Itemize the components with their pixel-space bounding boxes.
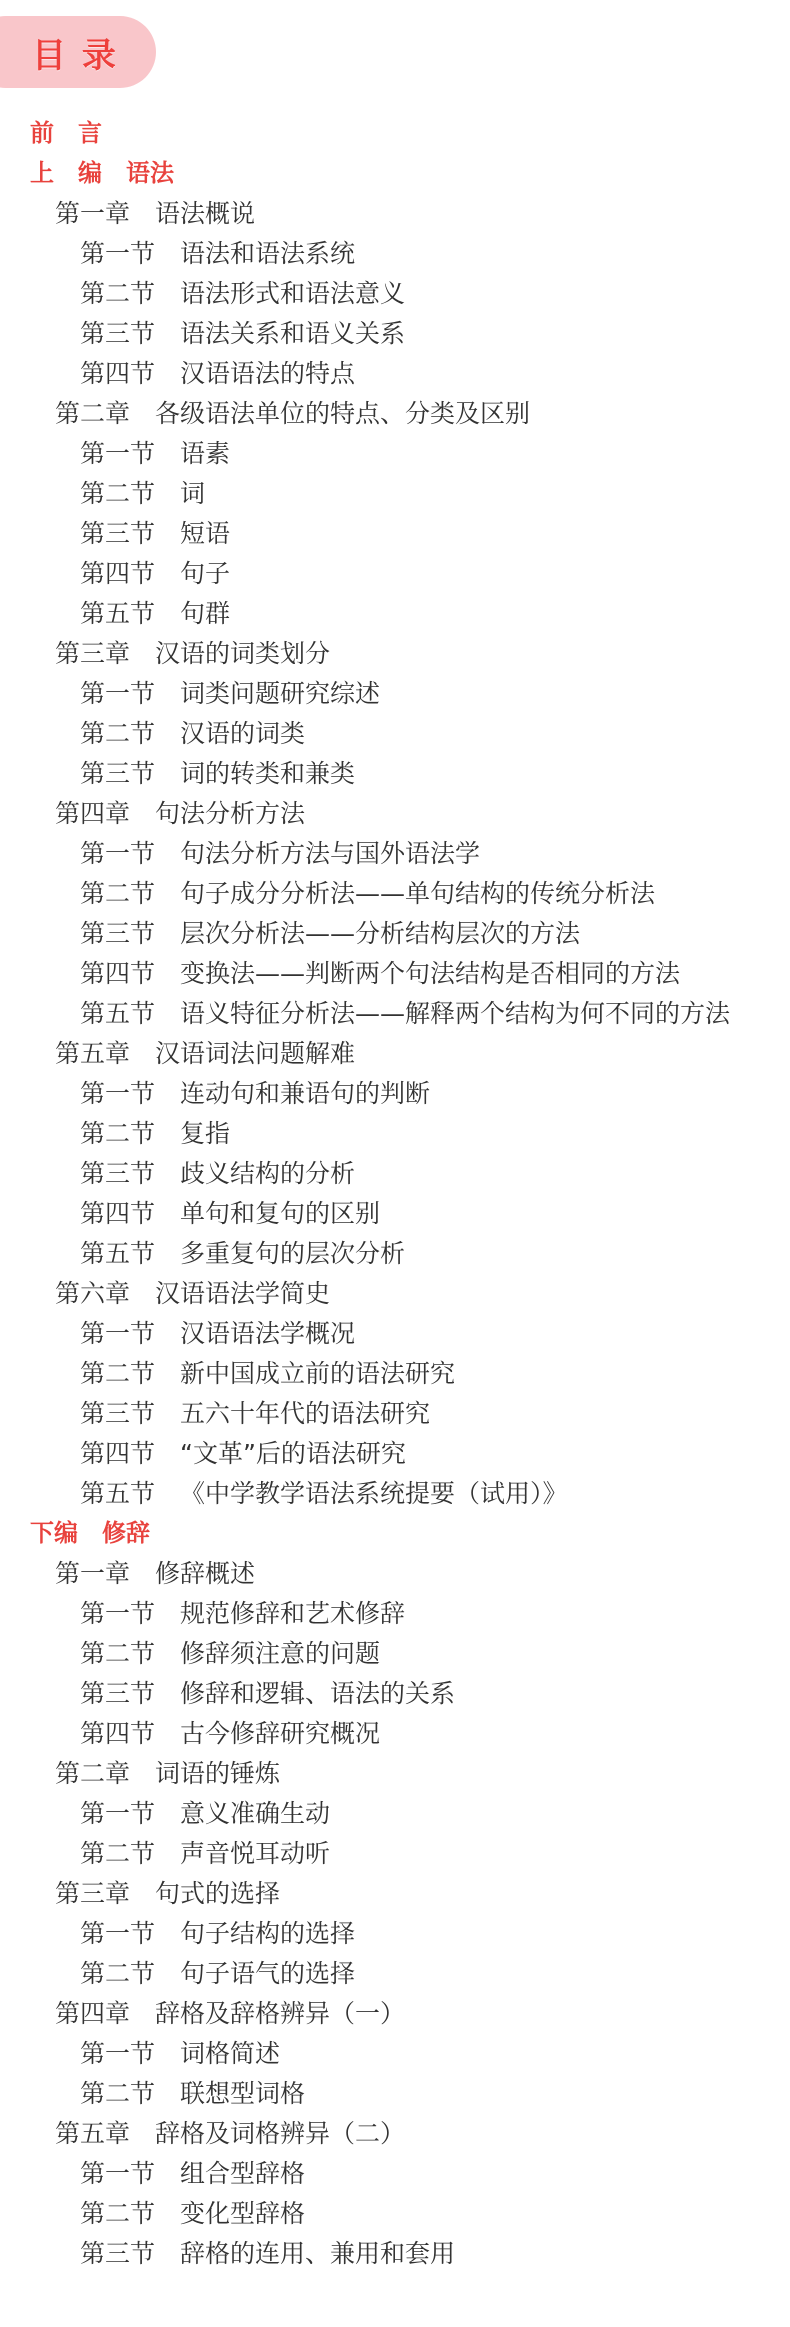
toc-entry-title: 汉语语法的特点 [180, 361, 355, 386]
toc-entry-number: 第四节 [80, 1201, 155, 1226]
toc-entry-number: 第三节 [80, 2241, 155, 2266]
toc-entry-row: 第四节汉语语法的特点 [0, 353, 790, 393]
toc-entry-number: 第一节 [80, 1081, 155, 1106]
toc-entry-number: 第二节 [80, 721, 155, 746]
toc-entry-row: 第一节句法分析方法与国外语法学 [0, 833, 790, 873]
toc-entry-title: 联想型词格 [180, 2081, 305, 2106]
toc-entry-number: 第四节 [80, 361, 155, 386]
toc-entry-row: 第三章汉语的词类划分 [0, 633, 790, 673]
toc-entry-number: 第一节 [80, 1601, 155, 1626]
toc-entry-title: 汉语的词类划分 [155, 641, 330, 666]
toc-entry-row: 第一节汉语语法学概况 [0, 1313, 790, 1353]
toc-entry-number: 第四节 [80, 1441, 155, 1466]
toc-entry-row: 第三节歧义结构的分析 [0, 1153, 790, 1193]
toc-entry-number: 第三节 [80, 321, 155, 346]
toc-entry-row: 第二节句子成分分析法——单句结构的传统分析法 [0, 873, 790, 913]
toc-entry-title: 连动句和兼语句的判断 [180, 1081, 430, 1106]
toc-entry-row: 第五章辞格及词格辨异（二） [0, 2113, 790, 2153]
toc-entry-row: 第一节词格简述 [0, 2033, 790, 2073]
toc-entry-title: 汉语语法学简史 [155, 1281, 330, 1306]
toc-entry-number: 第二章 [55, 401, 130, 426]
toc-entry-title: 句式的选择 [155, 1881, 280, 1906]
toc-entry-title: 辞格及辞格辨异（一） [155, 2001, 405, 2026]
toc-entry-title: 意义准确生动 [180, 1801, 330, 1826]
toc-entry-title: 句法分析方法 [155, 801, 305, 826]
toc-entry-row: 第三节修辞和逻辑、语法的关系 [0, 1673, 790, 1713]
toc-entry-row: 第一节规范修辞和艺术修辞 [0, 1593, 790, 1633]
toc-entry-title: 句子成分分析法——单句结构的传统分析法 [180, 881, 655, 906]
toc-entry-row: 第一节意义准确生动 [0, 1793, 790, 1833]
toc-entry-number: 第五章 [55, 2121, 130, 2146]
toc-entry-title: 新中国成立前的语法研究 [180, 1361, 455, 1386]
toc-entry-row: 第一节组合型辞格 [0, 2153, 790, 2193]
toc-entry-title: 汉语语法学概况 [180, 1321, 355, 1346]
toc-part-heading: 上 编 语法 [30, 161, 174, 185]
toc-entry-title: 规范修辞和艺术修辞 [180, 1601, 405, 1626]
toc-entry-number: 第一节 [80, 241, 155, 266]
toc-entry-title: 词类问题研究综述 [180, 681, 380, 706]
toc-entry-number: 第三节 [80, 521, 155, 546]
toc-entry-row: 第二节新中国成立前的语法研究 [0, 1353, 790, 1393]
toc-entry-row: 第五节句群 [0, 593, 790, 633]
toc-entry-row: 第三章句式的选择 [0, 1873, 790, 1913]
toc-entry-row: 第五章汉语词法问题解难 [0, 1033, 790, 1073]
toc-entry-row: 第三节短语 [0, 513, 790, 553]
toc-entry-number: 第一章 [55, 1561, 130, 1586]
toc-entry-number: 第五节 [80, 1481, 155, 1506]
toc-entry-row: 第二节语法形式和语法意义 [0, 273, 790, 313]
toc-entry-row: 第五节语义特征分析法——解释两个结构为何不同的方法 [0, 993, 790, 1033]
toc-entry-row: 第六章汉语语法学简史 [0, 1273, 790, 1313]
toc-entry-title: 变化型辞格 [180, 2201, 305, 2226]
toc-entry-title: 句子结构的选择 [180, 1921, 355, 1946]
toc-entry-row: 第三节词的转类和兼类 [0, 753, 790, 793]
toc-entry-title: 语法形式和语法意义 [180, 281, 405, 306]
toc-entry-number: 第四章 [55, 801, 130, 826]
toc-entry-title: 多重复句的层次分析 [180, 1241, 405, 1266]
toc-entry-title: 汉语的词类 [180, 721, 305, 746]
toc-entry-title: 修辞概述 [155, 1561, 255, 1586]
toc-entry-row: 第一章语法概说 [0, 193, 790, 233]
toc-entry-title: 修辞须注意的问题 [180, 1641, 380, 1666]
toc-entry-title: 语素 [180, 441, 230, 466]
toc-entry-number: 第一节 [80, 1321, 155, 1346]
toc-entry-number: 第一章 [55, 201, 130, 226]
toc-entry-row: 第四章句法分析方法 [0, 793, 790, 833]
toc-entry-row: 第二节汉语的词类 [0, 713, 790, 753]
toc-entry-row: 第三节五六十年代的语法研究 [0, 1393, 790, 1433]
toc-entry-number: 第四节 [80, 561, 155, 586]
toc-entry-number: 第一节 [80, 841, 155, 866]
toc-entry-title: 语法和语法系统 [180, 241, 355, 266]
toc-entry-number: 第三节 [80, 761, 155, 786]
toc-entry-title: 句子 [180, 561, 230, 586]
toc-entry-row: 第一节语法和语法系统 [0, 233, 790, 273]
toc-entry-title: 歧义结构的分析 [180, 1161, 355, 1186]
toc-entry-number: 第二节 [80, 2201, 155, 2226]
toc-entry-row: 第二节声音悦耳动听 [0, 1833, 790, 1873]
toc-entry-number: 第一节 [80, 681, 155, 706]
toc-entry-title: 复指 [180, 1121, 230, 1146]
toc-entry-number: 第三节 [80, 1161, 155, 1186]
toc-entry-number: 第六章 [55, 1281, 130, 1306]
toc-entry-title: 短语 [180, 521, 230, 546]
toc-entry-number: 第一节 [80, 1801, 155, 1826]
toc-entry-title: 句子语气的选择 [180, 1961, 355, 1986]
toc-entry-number: 第二章 [55, 1761, 130, 1786]
toc-entry-row: 第二节联想型词格 [0, 2073, 790, 2113]
toc-entry-number: 第二节 [80, 1641, 155, 1666]
toc-entry-row: 第二章各级语法单位的特点、分类及区别 [0, 393, 790, 433]
toc-entry-row: 第四章辞格及辞格辨异（一） [0, 1993, 790, 2033]
toc-entry-title: 组合型辞格 [180, 2161, 305, 2186]
toc-entry-number: 第二节 [80, 1961, 155, 1986]
toc-part-row: 上 编 语法 [0, 153, 790, 193]
toc-entry-title: 《中学教学语法系统提要（试用）》 [180, 1481, 568, 1506]
toc-entry-row: 第一节句子结构的选择 [0, 1913, 790, 1953]
toc-entry-number: 第四节 [80, 1721, 155, 1746]
toc-entry-row: 第四节古今修辞研究概况 [0, 1713, 790, 1753]
toc-entry-title: “文革”后的语法研究 [180, 1441, 406, 1466]
toc-entry-row: 第二节词 [0, 473, 790, 513]
toc-entry-row: 第三节语法关系和语义关系 [0, 313, 790, 353]
toc-part-heading: 前 言 [30, 121, 102, 145]
toc-entry-row: 第五节《中学教学语法系统提要（试用）》 [0, 1473, 790, 1513]
toc-entry-number: 第五节 [80, 601, 155, 626]
toc-part-heading: 下编 修辞 [30, 1521, 150, 1545]
toc-entry-title: 单句和复句的区别 [180, 1201, 380, 1226]
toc-entry-title: 层次分析法——分析结构层次的方法 [180, 921, 580, 946]
toc-entry-number: 第三章 [55, 1881, 130, 1906]
toc-part-row: 前 言 [0, 113, 790, 153]
toc-entry-number: 第四节 [80, 961, 155, 986]
toc-entry-title: 辞格及词格辨异（二） [155, 2121, 405, 2146]
toc-entry-number: 第一节 [80, 2161, 155, 2186]
toc-entry-number: 第三节 [80, 1681, 155, 1706]
toc-part-row: 下编 修辞 [0, 1513, 790, 1553]
toc-entry-number: 第一节 [80, 441, 155, 466]
toc-entry-title: 辞格的连用、兼用和套用 [180, 2241, 455, 2266]
toc-entry-number: 第五节 [80, 1001, 155, 1026]
toc-entry-number: 第二节 [80, 1361, 155, 1386]
toc-entry-row: 第一节语素 [0, 433, 790, 473]
toc-entry-title: 句法分析方法与国外语法学 [180, 841, 480, 866]
toc-entry-title: 句群 [180, 601, 230, 626]
toc-title: 目 录 [32, 28, 118, 77]
toc-entry-title: 各级语法单位的特点、分类及区别 [155, 401, 530, 426]
toc-title-badge: 目 录 [0, 16, 156, 88]
toc-entry-row: 第四节变换法——判断两个句法结构是否相同的方法 [0, 953, 790, 993]
toc-entry-title: 五六十年代的语法研究 [180, 1401, 430, 1426]
toc-entry-row: 第三节辞格的连用、兼用和套用 [0, 2233, 790, 2273]
toc-entry-number: 第二节 [80, 1841, 155, 1866]
toc-entry-number: 第五节 [80, 1241, 155, 1266]
toc-entry-number: 第三章 [55, 641, 130, 666]
toc-entry-title: 汉语词法问题解难 [155, 1041, 355, 1066]
toc-entry-number: 第四章 [55, 2001, 130, 2026]
toc-entry-number: 第二节 [80, 2081, 155, 2106]
toc-entry-row: 第二节修辞须注意的问题 [0, 1633, 790, 1673]
toc-entry-title: 词的转类和兼类 [180, 761, 355, 786]
toc-entry-title: 词语的锤炼 [155, 1761, 280, 1786]
toc-entry-row: 第四节句子 [0, 553, 790, 593]
toc-entry-row: 第二节复指 [0, 1113, 790, 1153]
toc-entry-row: 第二章词语的锤炼 [0, 1753, 790, 1793]
toc-entry-row: 第四节单句和复句的区别 [0, 1193, 790, 1233]
toc-entry-row: 第二节变化型辞格 [0, 2193, 790, 2233]
toc-entry-title: 词 [180, 481, 205, 506]
toc-entry-row: 第五节多重复句的层次分析 [0, 1233, 790, 1273]
toc-entry-title: 修辞和逻辑、语法的关系 [180, 1681, 455, 1706]
toc-entry-row: 第四节“文革”后的语法研究 [0, 1433, 790, 1473]
toc-entry-row: 第二节句子语气的选择 [0, 1953, 790, 1993]
toc-entry-row: 第一章修辞概述 [0, 1553, 790, 1593]
toc-list: 前 言上 编 语法第一章语法概说第一节语法和语法系统第二节语法形式和语法意义第三… [0, 113, 790, 2273]
toc-entry-title: 变换法——判断两个句法结构是否相同的方法 [180, 961, 680, 986]
toc-entry-number: 第二节 [80, 1121, 155, 1146]
toc-entry-title: 声音悦耳动听 [180, 1841, 330, 1866]
toc-entry-number: 第一节 [80, 2041, 155, 2066]
toc-entry-row: 第一节词类问题研究综述 [0, 673, 790, 713]
toc-entry-number: 第二节 [80, 481, 155, 506]
toc-entry-number: 第三节 [80, 1401, 155, 1426]
toc-entry-number: 第二节 [80, 281, 155, 306]
toc-entry-title: 语法关系和语义关系 [180, 321, 405, 346]
toc-entry-title: 语法概说 [155, 201, 255, 226]
toc-entry-title: 语义特征分析法——解释两个结构为何不同的方法 [180, 1001, 730, 1026]
toc-entry-number: 第一节 [80, 1921, 155, 1946]
toc-entry-title: 词格简述 [180, 2041, 280, 2066]
toc-entry-number: 第三节 [80, 921, 155, 946]
toc-entry-row: 第一节连动句和兼语句的判断 [0, 1073, 790, 1113]
toc-entry-row: 第三节层次分析法——分析结构层次的方法 [0, 913, 790, 953]
toc-entry-title: 古今修辞研究概况 [180, 1721, 380, 1746]
toc-entry-number: 第五章 [55, 1041, 130, 1066]
toc-entry-number: 第二节 [80, 881, 155, 906]
